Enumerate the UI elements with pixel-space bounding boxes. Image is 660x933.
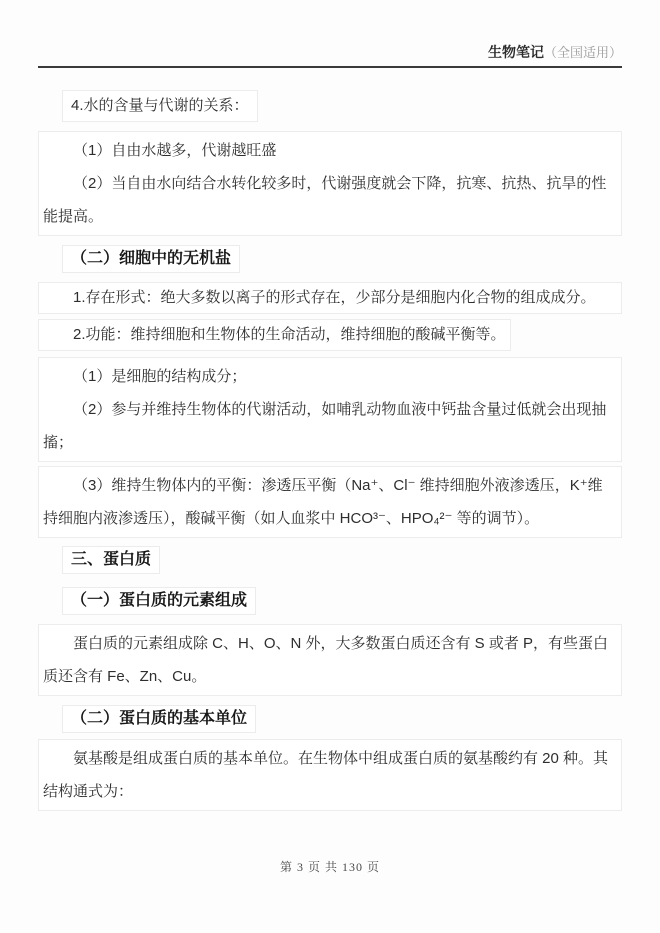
salt-point-2-cont: 搐； xyxy=(43,426,617,459)
water-point-1: （1）自由水越多，代谢越旺盛 xyxy=(43,134,617,167)
balance-line-2: 持细胞内液渗透压），酸碱平衡（如人血浆中 HCO³⁻、HPO₄²⁻ 等的调节）。 xyxy=(43,502,617,535)
amino-acid-box: 氨基酸是组成蛋白质的基本单位。在生物体中组成蛋白质的氨基酸约有 20 种。其 结… xyxy=(38,739,622,811)
balance-box: （3）维持生物体内的平衡：渗透压平衡（Na⁺、Cl⁻ 维持细胞外液渗透压，K⁺维… xyxy=(38,466,622,538)
heading-protein: 三、蛋白质 xyxy=(71,550,151,570)
amino-acid-line-1: 氨基酸是组成蛋白质的基本单位。在生物体中组成蛋白质的氨基酸约有 20 种。其 xyxy=(43,742,617,775)
section-4-title-box: 4.水的含量与代谢的关系： xyxy=(62,90,258,122)
page-header: 生物笔记（全国适用） xyxy=(38,0,622,68)
heading-inorganic-salts-box: （二）细胞中的无机盐 xyxy=(62,245,240,273)
heading-protein-unit: （二）蛋白质的基本单位 xyxy=(71,709,247,729)
protein-elements-line-1: 蛋白质的元素组成除 C、H、O、N 外，大多数蛋白质还含有 S 或者 P，有些蛋… xyxy=(43,627,617,660)
header-title: 生物笔记 xyxy=(488,44,544,60)
salt-function-box: （1）是细胞的结构成分； （2）参与并维持生物体的代谢活动，如哺乳动物血液中钙盐… xyxy=(38,357,622,462)
existence-form-line: 1.存在形式：绝大多数以离子的形式存在，少部分是细胞内化合物的组成成分。 xyxy=(43,286,617,310)
heading-protein-unit-box: （二）蛋白质的基本单位 xyxy=(62,705,256,733)
water-metabolism-box: （1）自由水越多，代谢越旺盛 （2）当自由水向结合水转化较多时，代谢强度就会下降… xyxy=(38,131,622,236)
amino-acid-line-2: 结构通式为： xyxy=(43,775,617,808)
water-point-2: （2）当自由水向结合水转化较多时，代谢强度就会下降，抗寒、抗热、抗旱的性 xyxy=(43,167,617,200)
page-content: 4.水的含量与代谢的关系： （1）自由水越多，代谢越旺盛 （2）当自由水向结合水… xyxy=(38,90,622,811)
protein-elements-box: 蛋白质的元素组成除 C、H、O、N 外，大多数蛋白质还含有 S 或者 P，有些蛋… xyxy=(38,624,622,696)
heading-protein-elements: （一）蛋白质的元素组成 xyxy=(71,591,247,611)
section-4-title: 4.水的含量与代谢的关系： xyxy=(71,94,249,118)
heading-protein-elements-box: （一）蛋白质的元素组成 xyxy=(62,587,256,615)
existence-form-box: 1.存在形式：绝大多数以离子的形式存在，少部分是细胞内化合物的组成成分。 xyxy=(38,282,622,314)
salt-point-2: （2）参与并维持生物体的代谢活动，如哺乳动物血液中钙盐含量过低就会出现抽 xyxy=(43,393,617,426)
page-footer: 第 3 页 共 130 页 xyxy=(0,858,660,875)
document-page: 生物笔记（全国适用） 4.水的含量与代谢的关系： （1）自由水越多，代谢越旺盛 … xyxy=(0,0,660,933)
heading-protein-box: 三、蛋白质 xyxy=(62,546,160,574)
balance-line-1: （3）维持生物体内的平衡：渗透压平衡（Na⁺、Cl⁻ 维持细胞外液渗透压，K⁺维 xyxy=(43,469,617,502)
header-subtitle: （全国适用） xyxy=(544,45,622,60)
salt-point-1: （1）是细胞的结构成分； xyxy=(43,360,617,393)
protein-elements-line-2: 质还含有 Fe、Zn、Cu。 xyxy=(43,660,617,693)
function-box: 2.功能：维持细胞和生物体的生命活动，维持细胞的酸碱平衡等。 xyxy=(38,319,511,351)
function-line: 2.功能：维持细胞和生物体的生命活动，维持细胞的酸碱平衡等。 xyxy=(43,323,506,347)
heading-inorganic-salts: （二）细胞中的无机盐 xyxy=(71,249,231,269)
water-point-2-cont: 能提高。 xyxy=(43,200,617,233)
